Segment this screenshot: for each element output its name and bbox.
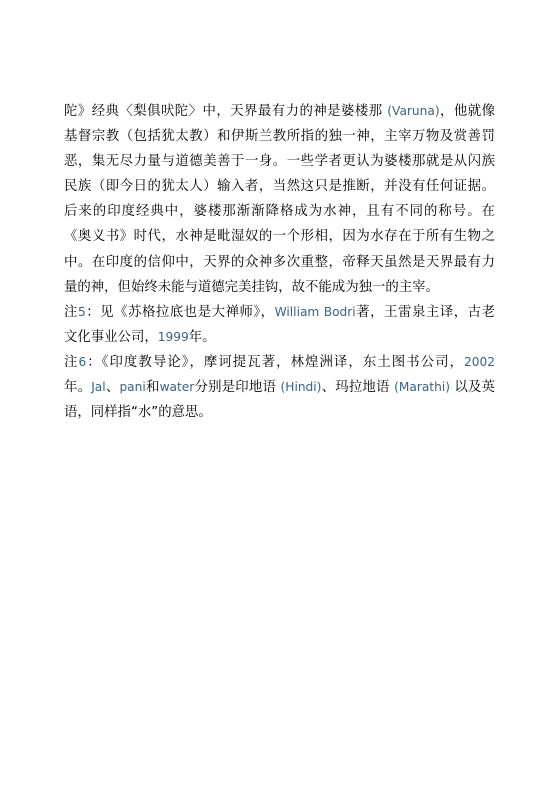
text-segment-latin: William Bodri <box>275 305 356 319</box>
text-segment-cjk: 、 <box>106 380 120 395</box>
text-line-3: 恶，集无尽力量与道德美善于一身。一些学者更认为婆楼那就是从闪族 <box>64 149 495 174</box>
text-line-7: 中。在印度的信仰中，天界的众神多次重整，帝释天虽然是天界最有力 <box>64 250 495 275</box>
text-segment-latin: pani <box>119 380 145 394</box>
text-segment-latin: 2002 <box>464 355 495 369</box>
text-segment-cjk: 以及英 <box>450 380 495 395</box>
text-segment-cjk: 中。在印度的信仰中，天界的众神多次重整，帝释天虽然是天界最有力 <box>64 255 495 270</box>
text-line-12: 年。Jal、pani和water分别是印地语 (Hindi)、玛拉地语 (Mar… <box>64 375 495 400</box>
text-segment-latin: (Marathi) <box>394 380 450 394</box>
text-segment-cjk: 注 <box>64 355 78 370</box>
text-segment-latin: 1999 <box>158 330 189 344</box>
text-segment-latin: (Varuna) <box>387 104 439 118</box>
text-segment-cjk: 后来的印度经典中，婆楼那渐渐降格成为水神，且有不同的称号。在 <box>64 204 495 219</box>
text-segment-latin: 5 <box>78 305 86 319</box>
text-line-10: 文化事业公司，1999年。 <box>64 325 495 350</box>
text-segment-cjk: 民族（即今日的犹太人）输入者，当然这只是推断，并没有任何证据。 <box>64 179 495 194</box>
text-segment-latin: water <box>160 380 195 394</box>
text-line-11: 注6：《印度教导论》，摩诃提瓦著，林煌洲译，东土图书公司，2002 <box>64 350 495 375</box>
text-segment-cjk: ：见《苏格拉底也是大禅师》， <box>86 305 275 320</box>
text-line-5: 后来的印度经典中，婆楼那渐渐降格成为水神，且有不同的称号。在 <box>64 199 495 224</box>
text-line-9: 注5：见《苏格拉底也是大禅师》，William Bodri著，王雷泉主译，古老 <box>64 300 495 325</box>
text-segment-latin: Jal <box>91 380 105 394</box>
text-segment-cjk: 文化事业公司， <box>64 330 158 345</box>
text-segment-cjk: 《奥义书》时代，水神是毗湿奴的一个形相，因为水存在于所有生物之 <box>64 229 495 244</box>
text-segment-cjk: 分别是印地语 <box>194 380 280 395</box>
text-line-2: 基督宗教（包括犹太教）和伊斯兰教所指的独一神，主宰万物及赏善罚 <box>64 124 495 149</box>
text-line-6: 《奥义书》时代，水神是毗湿奴的一个形相，因为水存在于所有生物之 <box>64 224 495 249</box>
document-page: 陀》经典〈梨俱吠陀〉中，天界最有力的神是婆楼那 (Varuna)，他就像基督宗教… <box>0 0 559 794</box>
text-segment-cjk: 、玛拉地语 <box>321 380 394 395</box>
text-segment-latin: (Hindi) <box>281 380 322 394</box>
text-line-8: 量的神，但始终未能与道德完美挂钩，故不能成为独一的主宰。 <box>64 275 495 300</box>
text-segment-cjk: 年。 <box>189 330 216 345</box>
text-segment-cjk: 恶，集无尽力量与道德美善于一身。一些学者更认为婆楼那就是从闪族 <box>64 154 495 169</box>
text-segment-cjk: 和 <box>146 380 160 395</box>
text-segment-cjk: 陀》经典〈梨俱吠陀〉中，天界最有力的神是婆楼那 <box>64 104 387 119</box>
text-segment-cjk: ：《印度教导论》，摩诃提瓦著，林煌洲译，东土图书公司， <box>86 355 464 370</box>
text-segment-cjk: ，他就像 <box>440 104 495 119</box>
text-segment-cjk: 量的神，但始终未能与道德完美挂钩，故不能成为独一的主宰。 <box>64 280 439 295</box>
text-segment-cjk: 年。 <box>64 380 91 395</box>
text-line-4: 民族（即今日的犹太人）输入者，当然这只是推断，并没有任何证据。 <box>64 174 495 199</box>
text-block: 陀》经典〈梨俱吠陀〉中，天界最有力的神是婆楼那 (Varuna)，他就像基督宗教… <box>64 99 495 425</box>
text-segment-cjk: 语，同样指“水”的意思。 <box>64 405 212 420</box>
text-line-1: 陀》经典〈梨俱吠陀〉中，天界最有力的神是婆楼那 (Varuna)，他就像 <box>64 99 495 124</box>
text-segment-cjk: 著，王雷泉主译，古老 <box>356 305 495 320</box>
text-segment-cjk: 基督宗教（包括犹太教）和伊斯兰教所指的独一神，主宰万物及赏善罚 <box>64 129 495 144</box>
text-line-13: 语，同样指“水”的意思。 <box>64 400 495 425</box>
text-segment-cjk: 注 <box>64 305 78 320</box>
